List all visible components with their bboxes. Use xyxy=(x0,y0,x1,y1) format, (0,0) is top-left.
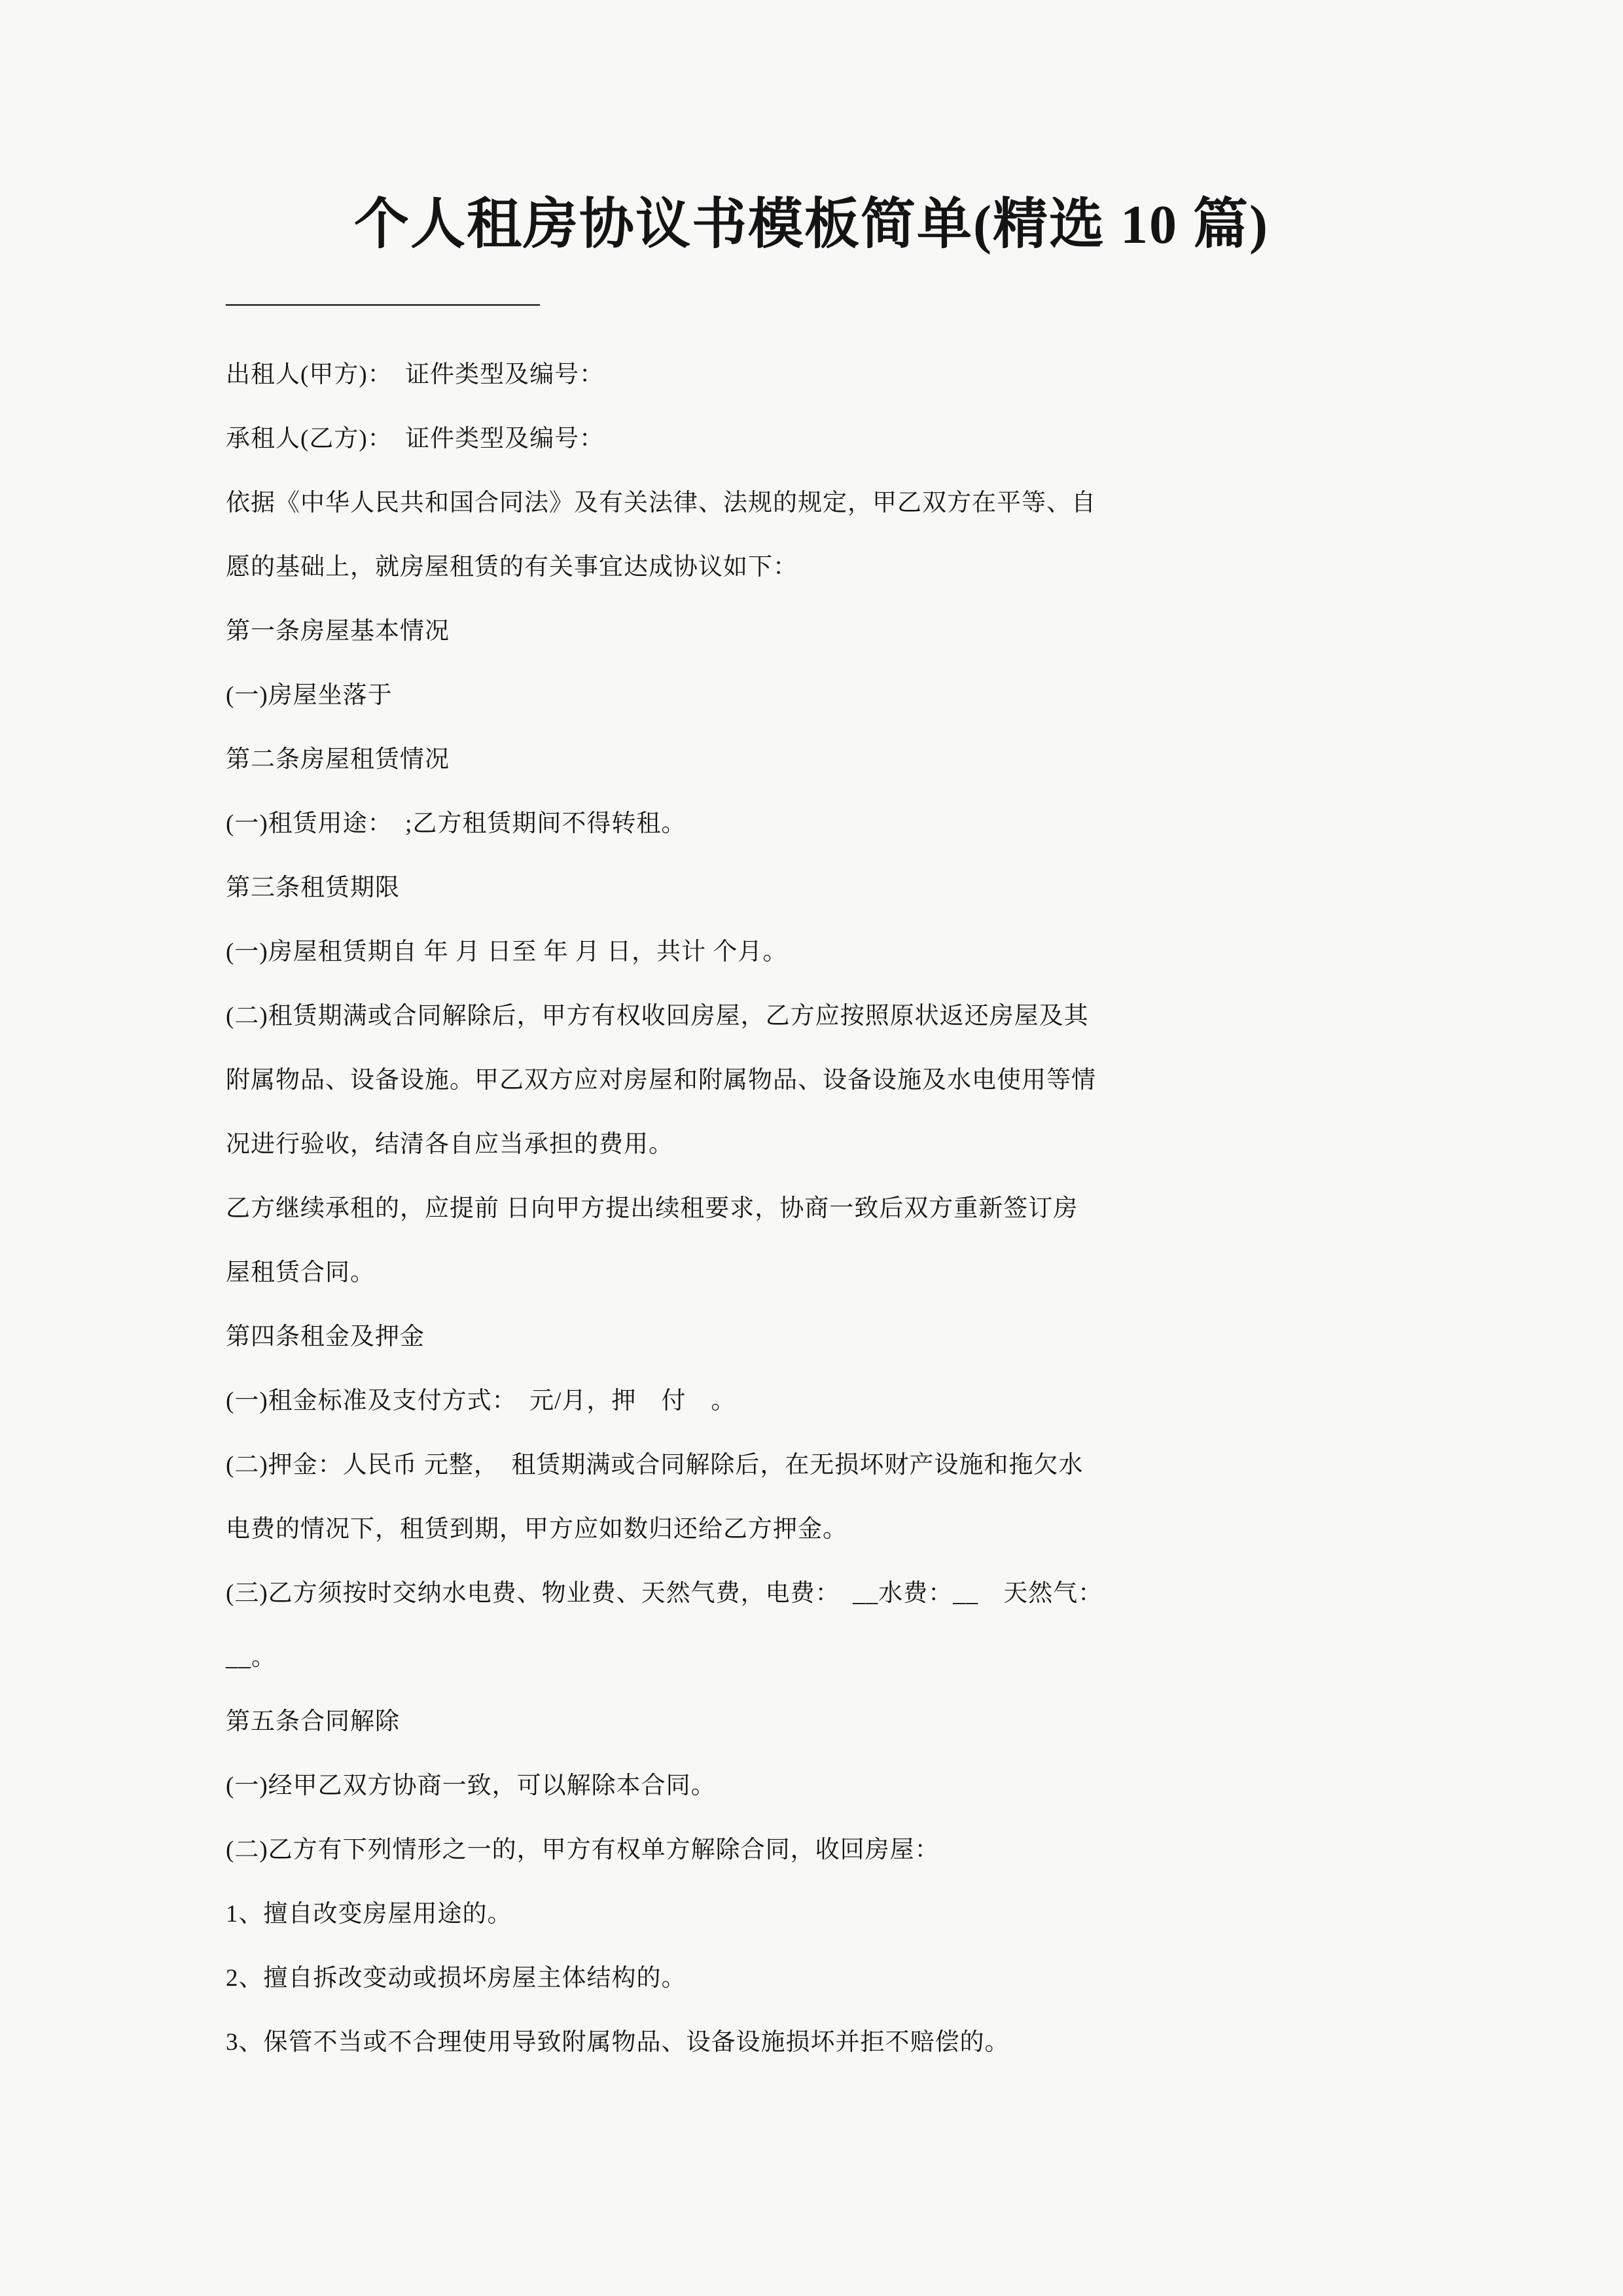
body-line: (一)房屋租赁期自 年 月 日至 年 月 日，共计 个月。 xyxy=(226,920,1397,984)
body-line: (三)乙方须按时交纳水电费、物业费、天然气费，电费： __水费：__ 天然气： xyxy=(226,1562,1397,1626)
body-line: (一)租赁用途： ;乙方租赁期间不得转租。 xyxy=(226,792,1397,856)
document-page: 个人租房协议书模板简单(精选 10 篇) ———————————————— 出租… xyxy=(0,0,1623,2296)
body-line: 承租人(乙方)： 证件类型及编号： xyxy=(226,407,1397,471)
body-line: 附属物品、设备设施。甲乙双方应对房屋和附属物品、设备设施及水电使用等情 xyxy=(226,1049,1397,1113)
body-line: 出租人(甲方)： 证件类型及编号： xyxy=(226,343,1397,407)
body-line: 1、擅自改变房屋用途的。 xyxy=(226,1882,1397,1946)
body-line: 依据《中华人民共和国合同法》及有关法律、法规的规定，甲乙双方在平等、自 xyxy=(226,471,1397,535)
body-line: 愿的基础上，就房屋租赁的有关事宜达成协议如下： xyxy=(226,535,1397,600)
body-line: 第一条房屋基本情况 xyxy=(226,600,1397,664)
divider-dashes: ———————————————— xyxy=(226,284,1397,323)
body-line: (二)租赁期满或合同解除后，甲方有权收回房屋，乙方应按照原状返还房屋及其 xyxy=(226,984,1397,1049)
document-title: 个人租房协议书模板简单(精选 10 篇) xyxy=(226,196,1397,254)
body-line: 乙方继续承租的，应提前 日向甲方提出续租要求，协商一致后双方重新签订房 xyxy=(226,1177,1397,1241)
body-line: 第三条租赁期限 xyxy=(226,856,1397,920)
document-body: 出租人(甲方)： 证件类型及编号：承租人(乙方)： 证件类型及编号：依据《中华人… xyxy=(226,343,1397,2075)
body-line: 3、保管不当或不合理使用导致附属物品、设备设施损坏并拒不赔偿的。 xyxy=(226,2011,1397,2075)
body-line: 2、擅自拆改变动或损坏房屋主体结构的。 xyxy=(226,1946,1397,2011)
body-line: 屋租赁合同。 xyxy=(226,1241,1397,1305)
body-line: 第四条租金及押金 xyxy=(226,1305,1397,1369)
body-line: (一)租金标准及支付方式： 元/月，押 付 。 xyxy=(226,1369,1397,1433)
body-line: __。 xyxy=(226,1626,1397,1690)
body-line: (一)经甲乙双方协商一致，可以解除本合同。 xyxy=(226,1754,1397,1818)
body-line: 第五条合同解除 xyxy=(226,1690,1397,1754)
body-line: 况进行验收，结清各自应当承担的费用。 xyxy=(226,1113,1397,1177)
body-line: 电费的情况下，租赁到期，甲方应如数归还给乙方押金。 xyxy=(226,1498,1397,1562)
body-line: 第二条房屋租赁情况 xyxy=(226,728,1397,792)
body-line: (二)乙方有下列情形之一的，甲方有权单方解除合同，收回房屋： xyxy=(226,1818,1397,1882)
body-line: (一)房屋坐落于 xyxy=(226,664,1397,728)
body-line: (二)押金：人民币 元整， 租赁期满或合同解除后，在无损坏财产设施和拖欠水 xyxy=(226,1433,1397,1498)
